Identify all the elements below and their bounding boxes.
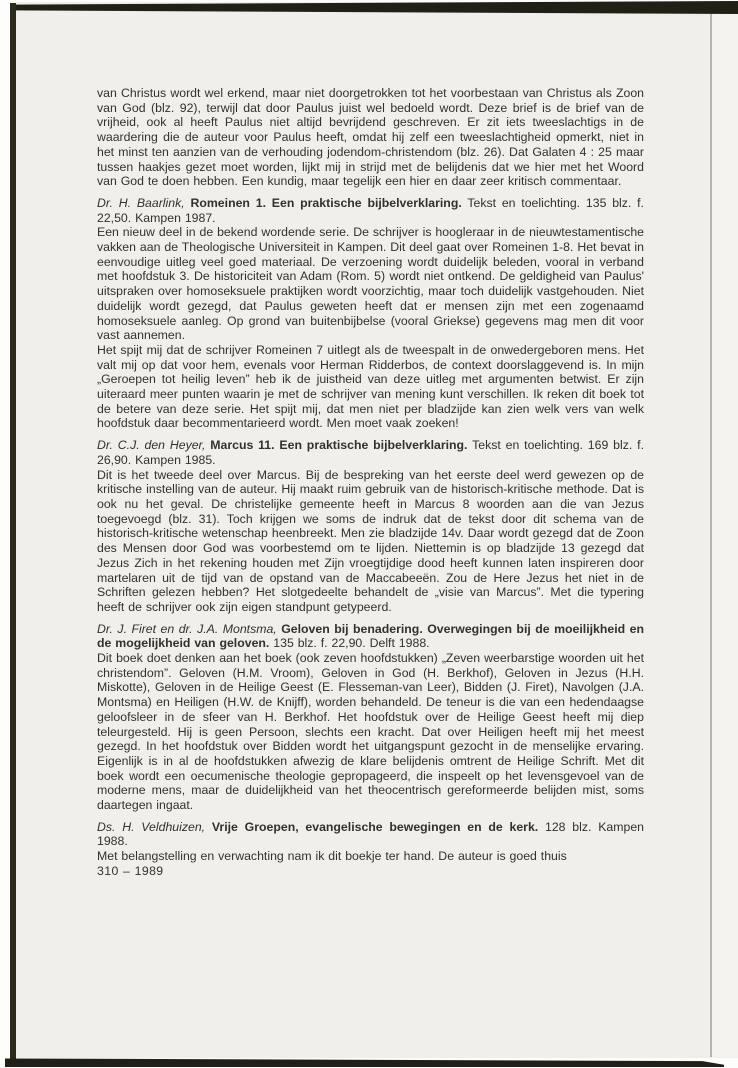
scan-edge-bottom [5,1058,724,1067]
text-column: van Christus wordt wel erkend, maar niet… [97,86,644,879]
review-author: Ds. H. Veldhuizen, [97,820,205,834]
review-paragraph: Dit is het tweede deel over Marcus. Bij … [97,468,644,615]
review-author: Dr. J. Firet en dr. J.A. Montsma, [97,622,277,636]
review-details: 135 blz. f. 22,90. Delft 1988. [273,636,429,650]
review-paragraph: Met belangstelling en verwachting nam ik… [97,849,644,864]
page-number: 310 – 1989 [97,864,644,879]
intro-paragraph: van Christus wordt wel erkend, maar niet… [97,86,644,189]
adjacent-page-edge [710,14,738,1057]
review-heading: Dr. H. Baarlink, Romeinen 1. Een praktis… [97,196,644,225]
review-heading: Dr. J. Firet en dr. J.A. Montsma, Gelove… [97,622,644,651]
scan-edge-left [10,3,16,1060]
review-title: Marcus 11. Een praktische bijbelverklari… [210,438,467,452]
review-title: Romeinen 1. Een praktische bijbelverklar… [190,196,461,210]
review-author: Dr. H. Baarlink, [97,196,185,210]
review-heading: Ds. H. Veldhuizen, Vrije Groepen, evange… [97,820,644,849]
review-title: Vrije Groepen, evangelische bewegingen e… [212,820,538,834]
review-heading: Dr. C.J. den Heyer, Marcus 11. Een prakt… [97,438,644,467]
review-paragraph: Een nieuw deel in de bekend wordende ser… [97,225,644,343]
review-author: Dr. C.J. den Heyer, [97,438,205,452]
scanned-page: van Christus wordt wel erkend, maar niet… [0,0,738,1068]
review-paragraph: Dit boek doet denken aan het boek (ook z… [97,651,644,813]
review-paragraph: Het spijt mij dat de schrijver Romeinen … [97,343,644,431]
